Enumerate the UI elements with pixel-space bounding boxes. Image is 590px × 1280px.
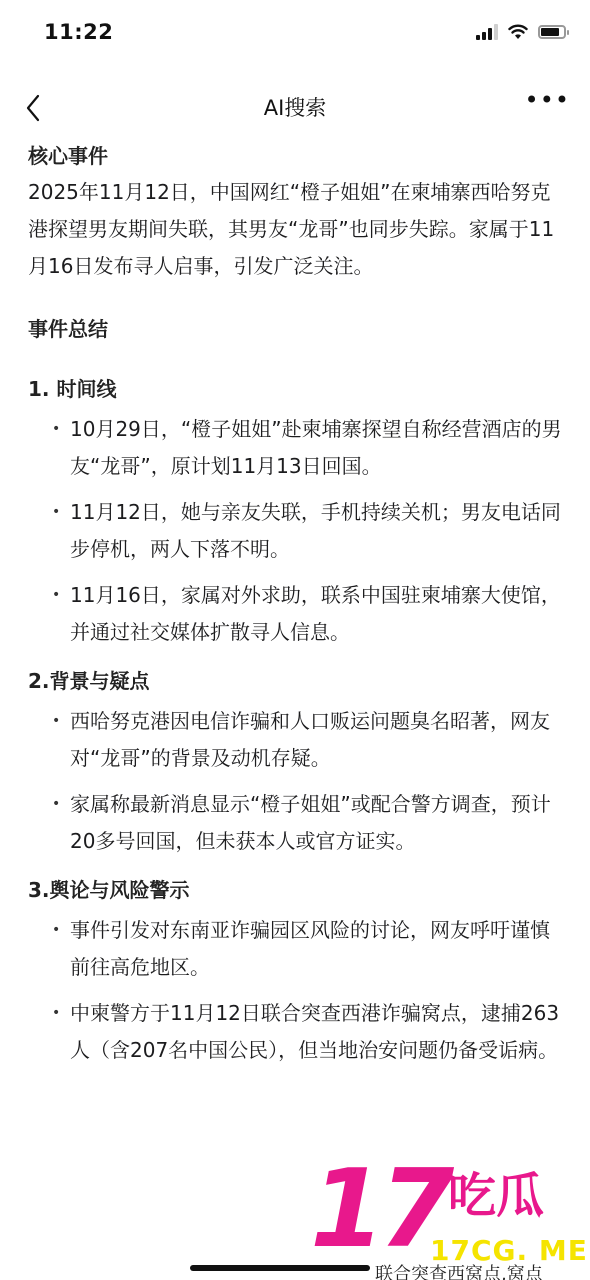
watermark-url: 17CG. ME [430,1234,588,1267]
status-bar: 11:22 [0,0,590,70]
ai-answer-content: 核心事件 2025年11月12日，中国网红“橙子姐姐”在柬埔寨西哈努克港探望男友… [28,140,562,1078]
opinion-list: •事件引发对东南亚诈骗园区风险的讨论，网友呼吁谨慎前往高危地区。 •中柬警方于1… [28,912,562,1069]
page-title: AI搜索 [0,92,590,122]
background-list: •西哈努克港因电信诈骗和人口贩运问题臭名昭著，网友对“龙哥”的背景及动机存疑。 … [28,703,562,860]
bullet-icon: • [52,494,60,531]
wifi-icon [508,24,528,40]
more-horizontal-icon[interactable]: ••• [525,86,570,114]
nav-bar: AI搜索 ••• [0,80,590,136]
status-icons [476,24,566,40]
watermark-brand: 吃瓜 [448,1170,544,1222]
watermark-number: 17 [310,1160,448,1260]
list-item: •家属称最新消息显示“橙子姐姐”或配合警方调查，预计20多号回国，但未获本人或官… [28,786,562,860]
bullet-icon: • [52,411,60,448]
home-indicator[interactable] [190,1265,370,1271]
battery-icon [538,25,566,39]
list-item: •11月16日，家属对外求助，联系中国驻柬埔寨大使馆，并通过社交媒体扩散寻人信息… [28,577,562,651]
section-title-timeline: 1. 时间线 [28,373,562,405]
bullet-icon: • [52,995,60,1032]
list-item: •中柬警方于11月12日联合突查西港诈骗窝点，逮捕263人（含207名中国公民）… [28,995,562,1069]
bullet-icon: • [52,786,60,823]
status-time: 11:22 [44,20,113,44]
core-event-text: 2025年11月12日，中国网红“橙子姐姐”在柬埔寨西哈努克港探望男友期间失联，… [28,174,562,285]
list-item: •11月12日，她与亲友失联，手机持续关机；男友电话同步停机，两人下落不明。 [28,494,562,568]
list-item: •10月29日，“橙子姐姐”赴柬埔寨探望自称经营酒店的男友“龙哥”，原计划11月… [28,411,562,485]
signal-icon [476,24,498,40]
bullet-icon: • [52,577,60,614]
watermark-logo: 17 吃瓜 17CG. ME 联合突查西窝点,窝点 [300,1160,590,1280]
list-item: •事件引发对东南亚诈骗园区风险的讨论，网友呼吁谨慎前往高危地区。 [28,912,562,986]
core-event-heading: 核心事件 [28,140,562,172]
summary-heading: 事件总结 [28,313,562,345]
bullet-icon: • [52,912,60,949]
section-title-background: 2.背景与疑点 [28,665,562,697]
screen: 11:22 AI搜索 ••• 核心事件 2025年11月12日，中国网红“橙子 [0,0,590,1280]
timeline-list: •10月29日，“橙子姐姐”赴柬埔寨探望自称经营酒店的男友“龙哥”，原计划11月… [28,411,562,651]
bullet-icon: • [52,703,60,740]
watermark-overlay-text: 联合突查西窝点,窝点 [375,1260,543,1280]
section-title-opinion: 3.舆论与风险警示 [28,874,562,906]
list-item: •西哈努克港因电信诈骗和人口贩运问题臭名昭著，网友对“龙哥”的背景及动机存疑。 [28,703,562,777]
